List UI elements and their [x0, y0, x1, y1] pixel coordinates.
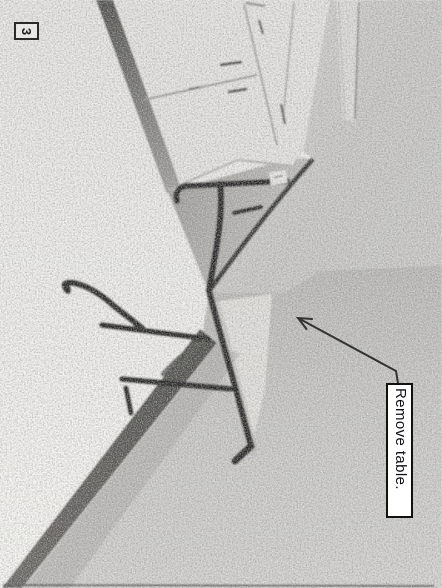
- figure-photo: 3 Remove table.: [0, 0, 442, 588]
- photocopy-grain-light: [0, 0, 442, 588]
- figure-number-box: 3: [14, 22, 39, 40]
- figure-number: 3: [20, 27, 33, 34]
- callout-text: Remove table.: [392, 388, 409, 490]
- photo-canvas: [0, 0, 442, 588]
- callout-box: Remove table.: [386, 383, 413, 518]
